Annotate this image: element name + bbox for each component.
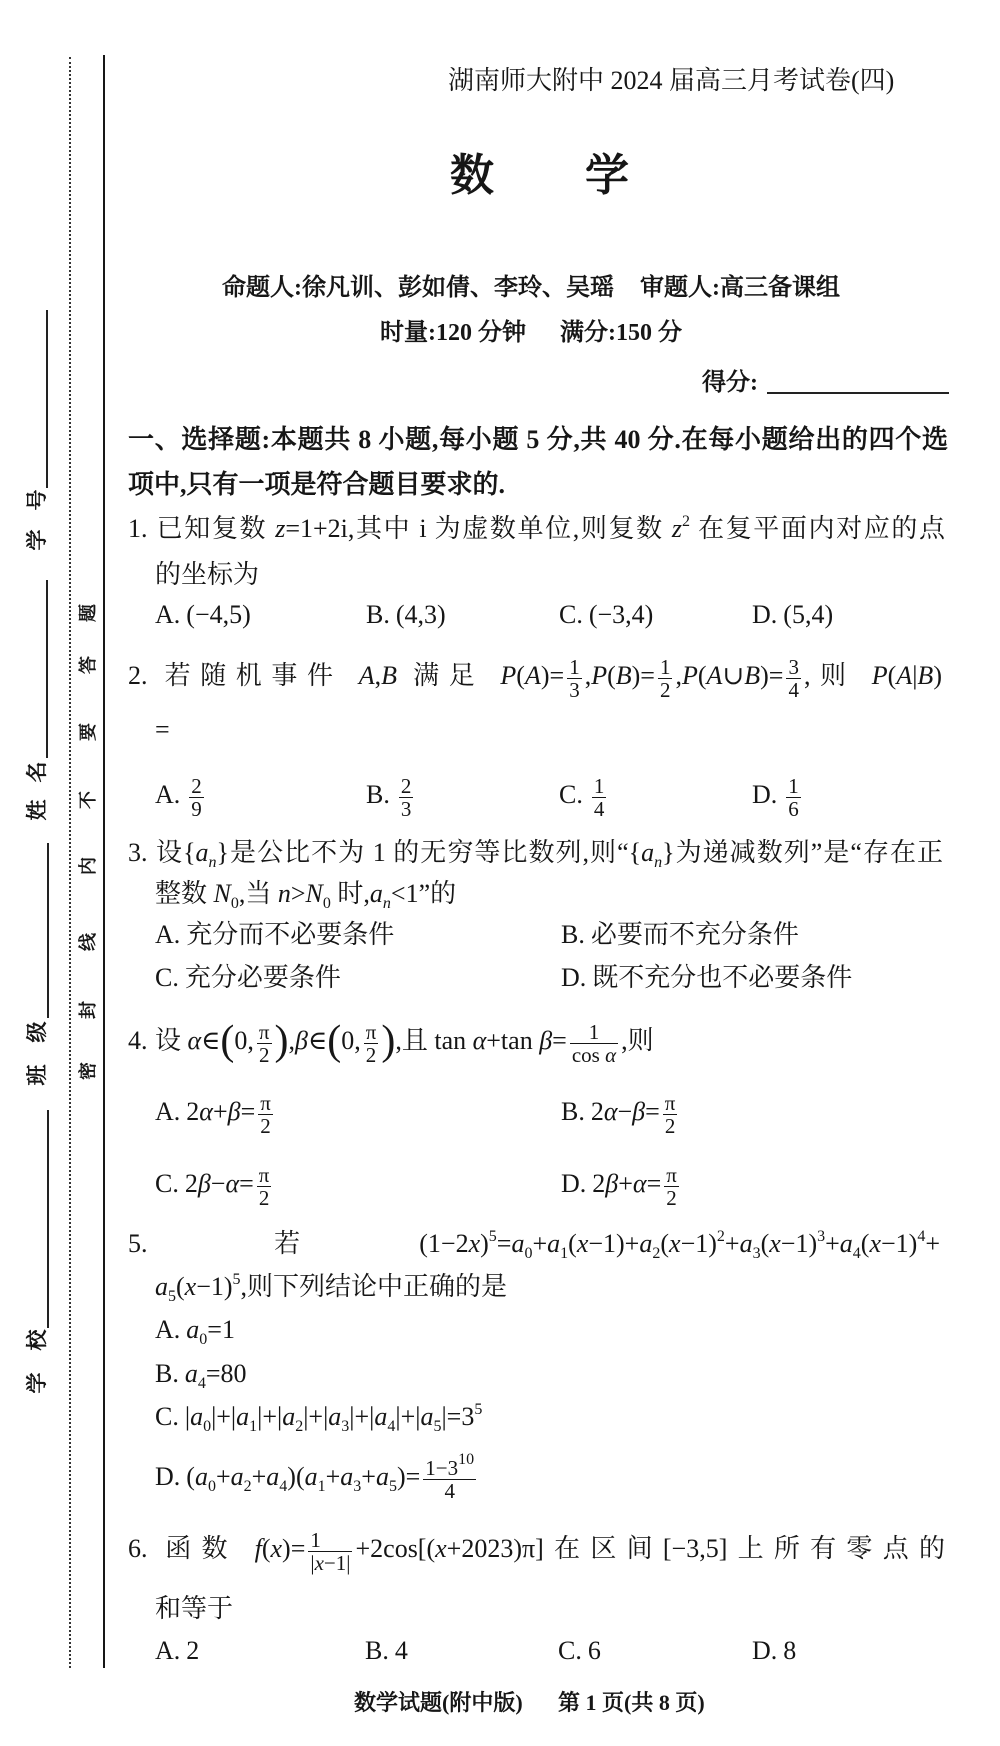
option-key: D.: [752, 1636, 777, 1665]
seal-notice-char: 封: [77, 999, 99, 1021]
option-key: B.: [561, 1097, 585, 1126]
big-parenthesis: (: [327, 1026, 341, 1056]
subject-title-char: 学: [585, 149, 629, 203]
math-variable: a: [155, 1272, 168, 1301]
question-5-option-d: D.(a0+a2+a4)(a1+a3+a5)=1−3104: [155, 1459, 479, 1495]
math-variable: β: [632, 1097, 645, 1126]
text-run: }是公比不为 1 的无穷等比数列,则“{: [217, 838, 642, 867]
option-text: 充分而不必要条件: [186, 920, 394, 949]
text-run: ,当: [239, 879, 278, 908]
question-3-stem-line-1: 3.设{an}是公比不为 1 的无穷等比数列,则“{an}为递减数列”是“存在正: [128, 835, 943, 871]
math-variable: α: [633, 1169, 647, 1198]
fraction: 14: [592, 775, 607, 820]
math-variable: α: [225, 1169, 239, 1198]
text-run: =80: [206, 1359, 247, 1388]
seal-notice-char: 密: [77, 1060, 99, 1082]
text-run: 设: [155, 1026, 188, 1055]
text-run: =: [497, 1229, 512, 1258]
exam-time-and-score: 时量:120 分钟满分:150 分: [380, 316, 682, 350]
fraction: 1−3104: [423, 1457, 476, 1502]
section-heading-line-1: 一、选择题:本题共 8 小题,每小题 5 分,共 40 分.在每小题给出的四个选: [128, 422, 948, 458]
question-5-option-a: A.a0=1: [155, 1312, 235, 1348]
math-variable: A: [359, 661, 375, 690]
text-run: 在复平面内对应的点: [690, 514, 945, 543]
seal-notice-char: 不: [77, 789, 99, 811]
question-2-option-b: B.23: [366, 777, 416, 813]
exam-title: 湖南师大附中 2024 届高三月考试卷(四): [448, 63, 894, 99]
math-variable: N: [306, 879, 323, 908]
text-run: <1”的: [391, 879, 456, 908]
option-text: 6: [588, 1636, 601, 1665]
math-variable: a: [195, 1462, 208, 1491]
math-variable: B: [917, 661, 933, 690]
superscript: 5: [489, 1228, 497, 1245]
question-4-option-a: A.2α+β=π2: [155, 1094, 276, 1130]
question-2-stem-line-2: =: [155, 712, 170, 748]
question-5-stem-line-1: 5.若(1−2x)5=a0+a1(x−1)+a2(x−1)2+a3(x−1)3+…: [128, 1226, 940, 1262]
math-variable: β: [295, 1026, 308, 1055]
option-text: (−3,4): [589, 600, 653, 629]
text-run: 设{: [155, 838, 196, 867]
question-2-option-d: D.16: [752, 777, 804, 813]
question-4-option-c: C.2β−α=π2: [155, 1166, 274, 1202]
fraction: 16: [786, 775, 801, 820]
option-key: C.: [155, 1402, 179, 1431]
question-1-stem-line-2: 的坐标为: [155, 557, 259, 593]
text-run: ,则: [621, 1026, 654, 1055]
school-underline: [47, 1110, 49, 1328]
fraction-denominator: 2: [663, 1114, 678, 1137]
math-variable: a: [236, 1402, 249, 1431]
option-text: 充分必要条件: [185, 963, 341, 992]
math-variable: B: [381, 661, 397, 690]
math-variable: x: [271, 1534, 283, 1563]
subscript: 4: [853, 1245, 861, 1262]
question-2-stem-line-1: 2.若随机事件 A,B 满足 P(A)=13,P(B)=12,P(A∪B)=34…: [128, 658, 942, 694]
class-underline: [47, 843, 49, 1018]
question-3-option-c: C.充分必要条件: [155, 960, 341, 996]
question-6-option-a: A.2: [155, 1633, 199, 1669]
math-variable: P: [591, 661, 607, 690]
text-run: ): [480, 1229, 489, 1258]
math-variable: β: [228, 1097, 241, 1126]
math-variable: a: [420, 1402, 433, 1431]
fraction: π2: [364, 1021, 379, 1066]
text-run: ∈: [201, 1026, 220, 1055]
fraction-numerator: π: [663, 1092, 678, 1114]
text-run: +: [725, 1229, 740, 1258]
superscript: 2: [717, 1228, 725, 1245]
name-label-char: 姓: [25, 798, 49, 822]
fraction-denominator: 3: [399, 797, 414, 820]
fraction-numerator: 2: [399, 775, 414, 797]
question-1-option-b: B.(4,3): [366, 597, 446, 633]
text-run: 2: [186, 1097, 199, 1126]
text-run: cos: [572, 1043, 605, 1067]
question-3-option-d: D.既不充分也不必要条件: [561, 960, 852, 996]
footer-page-indicator: 第 1 页(共 8 页): [558, 1689, 705, 1717]
fraction-numerator: 3: [786, 656, 801, 678]
math-variable: x: [869, 1229, 881, 1258]
fraction-denominator: 2: [664, 1186, 679, 1209]
text-run: (: [607, 661, 616, 690]
text-run: )=: [282, 1534, 305, 1563]
option-key: D.: [752, 600, 777, 629]
math-variable: B: [744, 661, 760, 690]
fraction-denominator: 4: [786, 678, 801, 701]
text-run: +: [213, 1097, 228, 1126]
text-run: −1): [681, 1229, 717, 1258]
superscript: 3: [817, 1228, 825, 1245]
text-run: 1−3: [425, 1456, 458, 1480]
binding-solid-line: [103, 55, 105, 1668]
subscript: n: [654, 854, 662, 871]
math-variable: a: [340, 1462, 353, 1491]
question-1-stem-line-1: 1.已知复数 z=1+2i,其中 i 为虚数单位,则复数 z2 在复平面内对应的…: [128, 511, 945, 547]
text-run: 已知复数: [155, 514, 275, 543]
text-run: 2: [185, 1169, 198, 1198]
binding-dashed-line: [69, 57, 71, 1668]
option-key: B.: [561, 920, 585, 949]
subscript: n: [383, 895, 391, 912]
text-run: 满足: [397, 661, 500, 690]
fraction: 12: [658, 656, 673, 701]
math-variable: β: [605, 1169, 618, 1198]
text-run: ,则: [804, 661, 872, 690]
math-variable: a: [639, 1229, 652, 1258]
fraction-numerator: 1: [308, 1529, 352, 1551]
subscript: 0: [203, 1418, 211, 1435]
fraction-denominator: 3: [567, 678, 582, 701]
option-key: A.: [155, 780, 180, 809]
question-number: 5.: [128, 1226, 155, 1262]
subscript: 1: [560, 1245, 568, 1262]
text-run: (: [698, 661, 707, 690]
text-run: }为递减数列”是“存在正: [662, 838, 943, 867]
text-run: (: [761, 1229, 770, 1258]
footer-paper-name: 数学试题(附中版): [354, 1689, 523, 1717]
fraction-numerator: π: [257, 1021, 272, 1043]
math-variable: a: [305, 1462, 318, 1491]
subscript: 4: [198, 1375, 206, 1392]
fraction-numerator: 1−310: [423, 1457, 476, 1479]
text-run: )=: [541, 661, 564, 690]
question-4-option-d: D.2β+α=π2: [561, 1166, 682, 1202]
math-variable: a: [370, 879, 383, 908]
superscript: 2: [682, 513, 690, 530]
option-text: 8: [783, 1636, 796, 1665]
fraction: 13: [567, 656, 582, 701]
math-variable: B: [616, 661, 632, 690]
question-6-option-d: D.8: [752, 1633, 796, 1669]
math-variable: a: [328, 1402, 341, 1431]
seal-notice-char: 线: [77, 931, 99, 953]
fraction-numerator: 1: [786, 775, 801, 797]
text-run: −1): [781, 1229, 817, 1258]
math-variable: P: [500, 661, 516, 690]
subscript: 5: [389, 1478, 397, 1495]
text-run: +: [216, 1462, 231, 1491]
text-run: 2: [591, 1097, 604, 1126]
text-run: +: [326, 1462, 341, 1491]
text-run: 0,: [234, 1026, 254, 1055]
question-1-option-a: A.(−4,5): [155, 597, 251, 633]
text-run: |+|: [211, 1402, 236, 1431]
subscript: 0: [323, 895, 331, 912]
math-variable: n: [278, 879, 291, 908]
superscript: 5: [233, 1271, 241, 1288]
math-variable: a: [185, 1359, 198, 1388]
option-key: C.: [559, 780, 583, 809]
text-run: +: [532, 1229, 547, 1258]
text-run: =1: [207, 1315, 235, 1344]
fraction-denominator: 2: [257, 1043, 272, 1066]
option-key: D.: [752, 780, 777, 809]
question-4-stem-line-1: 4.设 α∈(0,π2),β∈(0,π2),且 tan α+tan β=1cos…: [128, 1023, 654, 1059]
text-run: +: [252, 1462, 267, 1491]
option-key: B.: [366, 780, 390, 809]
class-label-char: 级: [25, 1020, 49, 1044]
text-run: −1|: [324, 1551, 351, 1575]
text-run: −: [618, 1097, 633, 1126]
text-run: (: [186, 1462, 195, 1491]
text-run: 2: [592, 1169, 605, 1198]
math-variable: a: [840, 1229, 853, 1258]
math-variable: a: [282, 1402, 295, 1431]
question-3-option-b: B.必要而不充分条件: [561, 917, 799, 953]
fraction-denominator: 9: [189, 797, 204, 820]
math-variable: A: [896, 661, 912, 690]
option-key: B.: [155, 1359, 179, 1388]
text-run: |+|: [257, 1402, 282, 1431]
text-run: (: [516, 661, 525, 690]
text-run: −1): [881, 1229, 917, 1258]
option-key: D.: [561, 963, 586, 992]
subscript: 0: [231, 895, 239, 912]
exam-full-score: 满分:150 分: [560, 320, 682, 346]
question-number: 4.: [128, 1023, 155, 1059]
math-variable: x: [469, 1229, 481, 1258]
text-run: >: [291, 879, 306, 908]
student-id-label-char: 号: [25, 488, 49, 512]
big-parenthesis: (: [220, 1026, 234, 1056]
text-run: =1+2i,其中 i 为虚数单位,则复数: [285, 514, 672, 543]
question-6-stem-line-1: 6.函数 f(x)=1|x−1|+2cos[(x+2023)π]在区间[−3,5…: [128, 1531, 945, 1567]
question-3-option-a: A.充分而不必要条件: [155, 917, 394, 953]
question-reviewers: 审题人:高三备课组: [640, 275, 840, 301]
student-id-label-char: 学: [25, 528, 49, 552]
fraction-denominator: 2: [258, 1114, 273, 1137]
subscript: n: [209, 854, 217, 871]
seal-notice-char: 题: [77, 602, 99, 624]
math-variable: P: [872, 661, 888, 690]
question-1-option-c: C.(−3,4): [559, 597, 653, 633]
school-label-char: 校: [25, 1328, 49, 1352]
subscript: 2: [244, 1478, 252, 1495]
seal-notice-char: 内: [77, 855, 99, 877]
option-key: D.: [155, 1462, 180, 1491]
math-variable: a: [376, 1462, 389, 1491]
math-variable: A: [707, 661, 723, 690]
text-run: (: [568, 1229, 577, 1258]
math-variable: a: [740, 1229, 753, 1258]
fraction-denominator: 6: [786, 797, 801, 820]
text-run: +2023)π]在区间[−3,5]上所有零点的: [447, 1534, 945, 1563]
question-2-option-a: A.29: [155, 777, 207, 813]
fraction: π2: [257, 1021, 272, 1066]
text-run: ,且 tan: [395, 1026, 472, 1055]
text-run: (: [262, 1534, 271, 1563]
name-label-char: 名: [25, 760, 49, 784]
text-run: ∪: [722, 661, 744, 690]
fraction-numerator: 2: [189, 775, 204, 797]
fraction-numerator: π: [258, 1092, 273, 1114]
math-variable: a: [190, 1402, 203, 1431]
math-variable: x: [577, 1229, 589, 1258]
math-variable: x: [185, 1272, 197, 1301]
fraction-numerator: π: [364, 1021, 379, 1043]
math-variable: z: [672, 514, 682, 543]
fraction-numerator: 1: [570, 1021, 618, 1043]
text-run: )=: [632, 661, 655, 690]
option-text: (4,3): [396, 600, 446, 629]
option-text: 4: [395, 1636, 408, 1665]
text-run: +2cos[(: [355, 1534, 435, 1563]
text-run: −1)+: [588, 1229, 639, 1258]
text-run: 若随机事件: [155, 661, 359, 690]
question-2-option-c: C.14: [559, 777, 609, 813]
option-key: A.: [155, 1636, 180, 1665]
question-3-stem-line-2: 整数 N0,当 n>N0 时,an<1”的: [155, 876, 456, 912]
option-key: A.: [155, 920, 180, 949]
text-run: +: [825, 1229, 840, 1258]
fraction-denominator: 4: [423, 1479, 476, 1502]
fraction-numerator: π: [257, 1164, 272, 1186]
text-run: 若(1−2: [155, 1229, 469, 1258]
text-run: 0,: [341, 1026, 361, 1055]
subscript: 5: [168, 1288, 176, 1305]
fraction-numerator: π: [664, 1164, 679, 1186]
question-5-stem-line-2: a5(x−1)5,则下列结论中正确的是: [155, 1269, 507, 1305]
math-variable: α: [199, 1097, 213, 1126]
fraction: 1cos α: [570, 1021, 618, 1066]
text-run: (: [660, 1229, 669, 1258]
math-variable: a: [511, 1229, 524, 1258]
fraction-denominator: 4: [592, 797, 607, 820]
text-run: −: [211, 1169, 226, 1198]
math-variable: a: [231, 1462, 244, 1491]
fraction-denominator: 2: [364, 1043, 379, 1066]
text-run: )=: [397, 1462, 420, 1491]
exam-page: 学 号 姓 名 班 级 学 校 密 封 线 内 不 要 答 题 湖南师大附中 2…: [0, 0, 1000, 1746]
fraction: 23: [399, 775, 414, 820]
fraction: π2: [664, 1164, 679, 1209]
subscript: 0: [208, 1478, 216, 1495]
option-key: A.: [155, 600, 180, 629]
math-variable: z: [275, 514, 285, 543]
question-1-option-d: D.(5,4): [752, 597, 833, 633]
math-variable: P: [682, 661, 698, 690]
question-number: 3.: [128, 835, 155, 871]
math-variable: α: [188, 1026, 202, 1055]
text-run: +: [361, 1462, 376, 1491]
option-key: A.: [155, 1315, 180, 1344]
exam-duration: 时量:120 分钟: [380, 320, 526, 346]
class-label-char: 班: [25, 1063, 49, 1087]
option-text: (5,4): [783, 600, 833, 629]
math-variable: x: [435, 1534, 447, 1563]
subscript: 1: [249, 1418, 257, 1435]
text-run: +: [925, 1229, 940, 1258]
math-variable: a: [374, 1402, 387, 1431]
text-run: ,则下列结论中正确的是: [241, 1272, 508, 1301]
math-variable: α: [605, 1043, 616, 1067]
text-run: 整数: [155, 879, 214, 908]
fraction-numerator: 1: [658, 656, 673, 678]
text-run: 时,: [331, 879, 370, 908]
math-variable: α: [473, 1026, 487, 1055]
text-run: +: [618, 1169, 633, 1198]
text-run: )=: [760, 661, 783, 690]
math-variable: x: [669, 1229, 681, 1258]
question-5-option-c: C.|a0|+|a1|+|a2|+|a3|+|a4|+|a5|=35: [155, 1399, 482, 1435]
math-variable: β: [539, 1026, 552, 1055]
math-variable: a: [186, 1315, 199, 1344]
option-key: C.: [559, 600, 583, 629]
option-text: 既不充分也不必要条件: [592, 963, 852, 992]
seal-notice-char: 答: [77, 654, 99, 676]
school-label-char: 学: [25, 1371, 49, 1395]
name-underline: [46, 580, 48, 758]
fraction-denominator: 2: [257, 1186, 272, 1209]
text-run: (: [176, 1272, 185, 1301]
superscript: 10: [458, 1451, 474, 1468]
exam-authors: 命题人:徐凡训、彭如倩、李玲、吴瑶审题人:高三备课组: [222, 271, 840, 305]
math-variable: a: [547, 1229, 560, 1258]
text-run: =: [552, 1026, 567, 1055]
fraction: 34: [786, 656, 801, 701]
question-number: 6.: [128, 1531, 155, 1567]
text-run: 函数: [155, 1534, 255, 1563]
text-run: =: [645, 1097, 660, 1126]
text-run: =: [241, 1097, 256, 1126]
math-variable: a: [266, 1462, 279, 1491]
fraction: π2: [258, 1092, 273, 1137]
text-run: −1): [196, 1272, 232, 1301]
fraction-denominator: cos α: [570, 1043, 618, 1066]
text-run: (: [888, 661, 897, 690]
question-4-option-b: B.2α−β=π2: [561, 1094, 680, 1130]
fraction-denominator: 2: [658, 678, 673, 701]
option-key: B.: [365, 1636, 389, 1665]
text-run: ): [933, 661, 942, 690]
question-5-option-b: B.a4=80: [155, 1356, 247, 1392]
text-run: ∈: [308, 1026, 327, 1055]
text-run: |+|: [395, 1402, 420, 1431]
question-number: 1.: [128, 511, 155, 547]
option-key: A.: [155, 1097, 180, 1126]
math-variable: β: [198, 1169, 211, 1198]
text-run: )(: [287, 1462, 304, 1491]
score-label: 得分:: [702, 366, 758, 400]
fraction: π2: [257, 1164, 272, 1209]
option-text: (−4,5): [186, 600, 250, 629]
option-key: C.: [558, 1636, 582, 1665]
math-variable: A: [525, 661, 541, 690]
text-run: +tan: [486, 1026, 539, 1055]
section-heading-line-2: 项中,只有一项是符合题目要求的.: [128, 467, 505, 503]
superscript: 5: [474, 1401, 482, 1418]
